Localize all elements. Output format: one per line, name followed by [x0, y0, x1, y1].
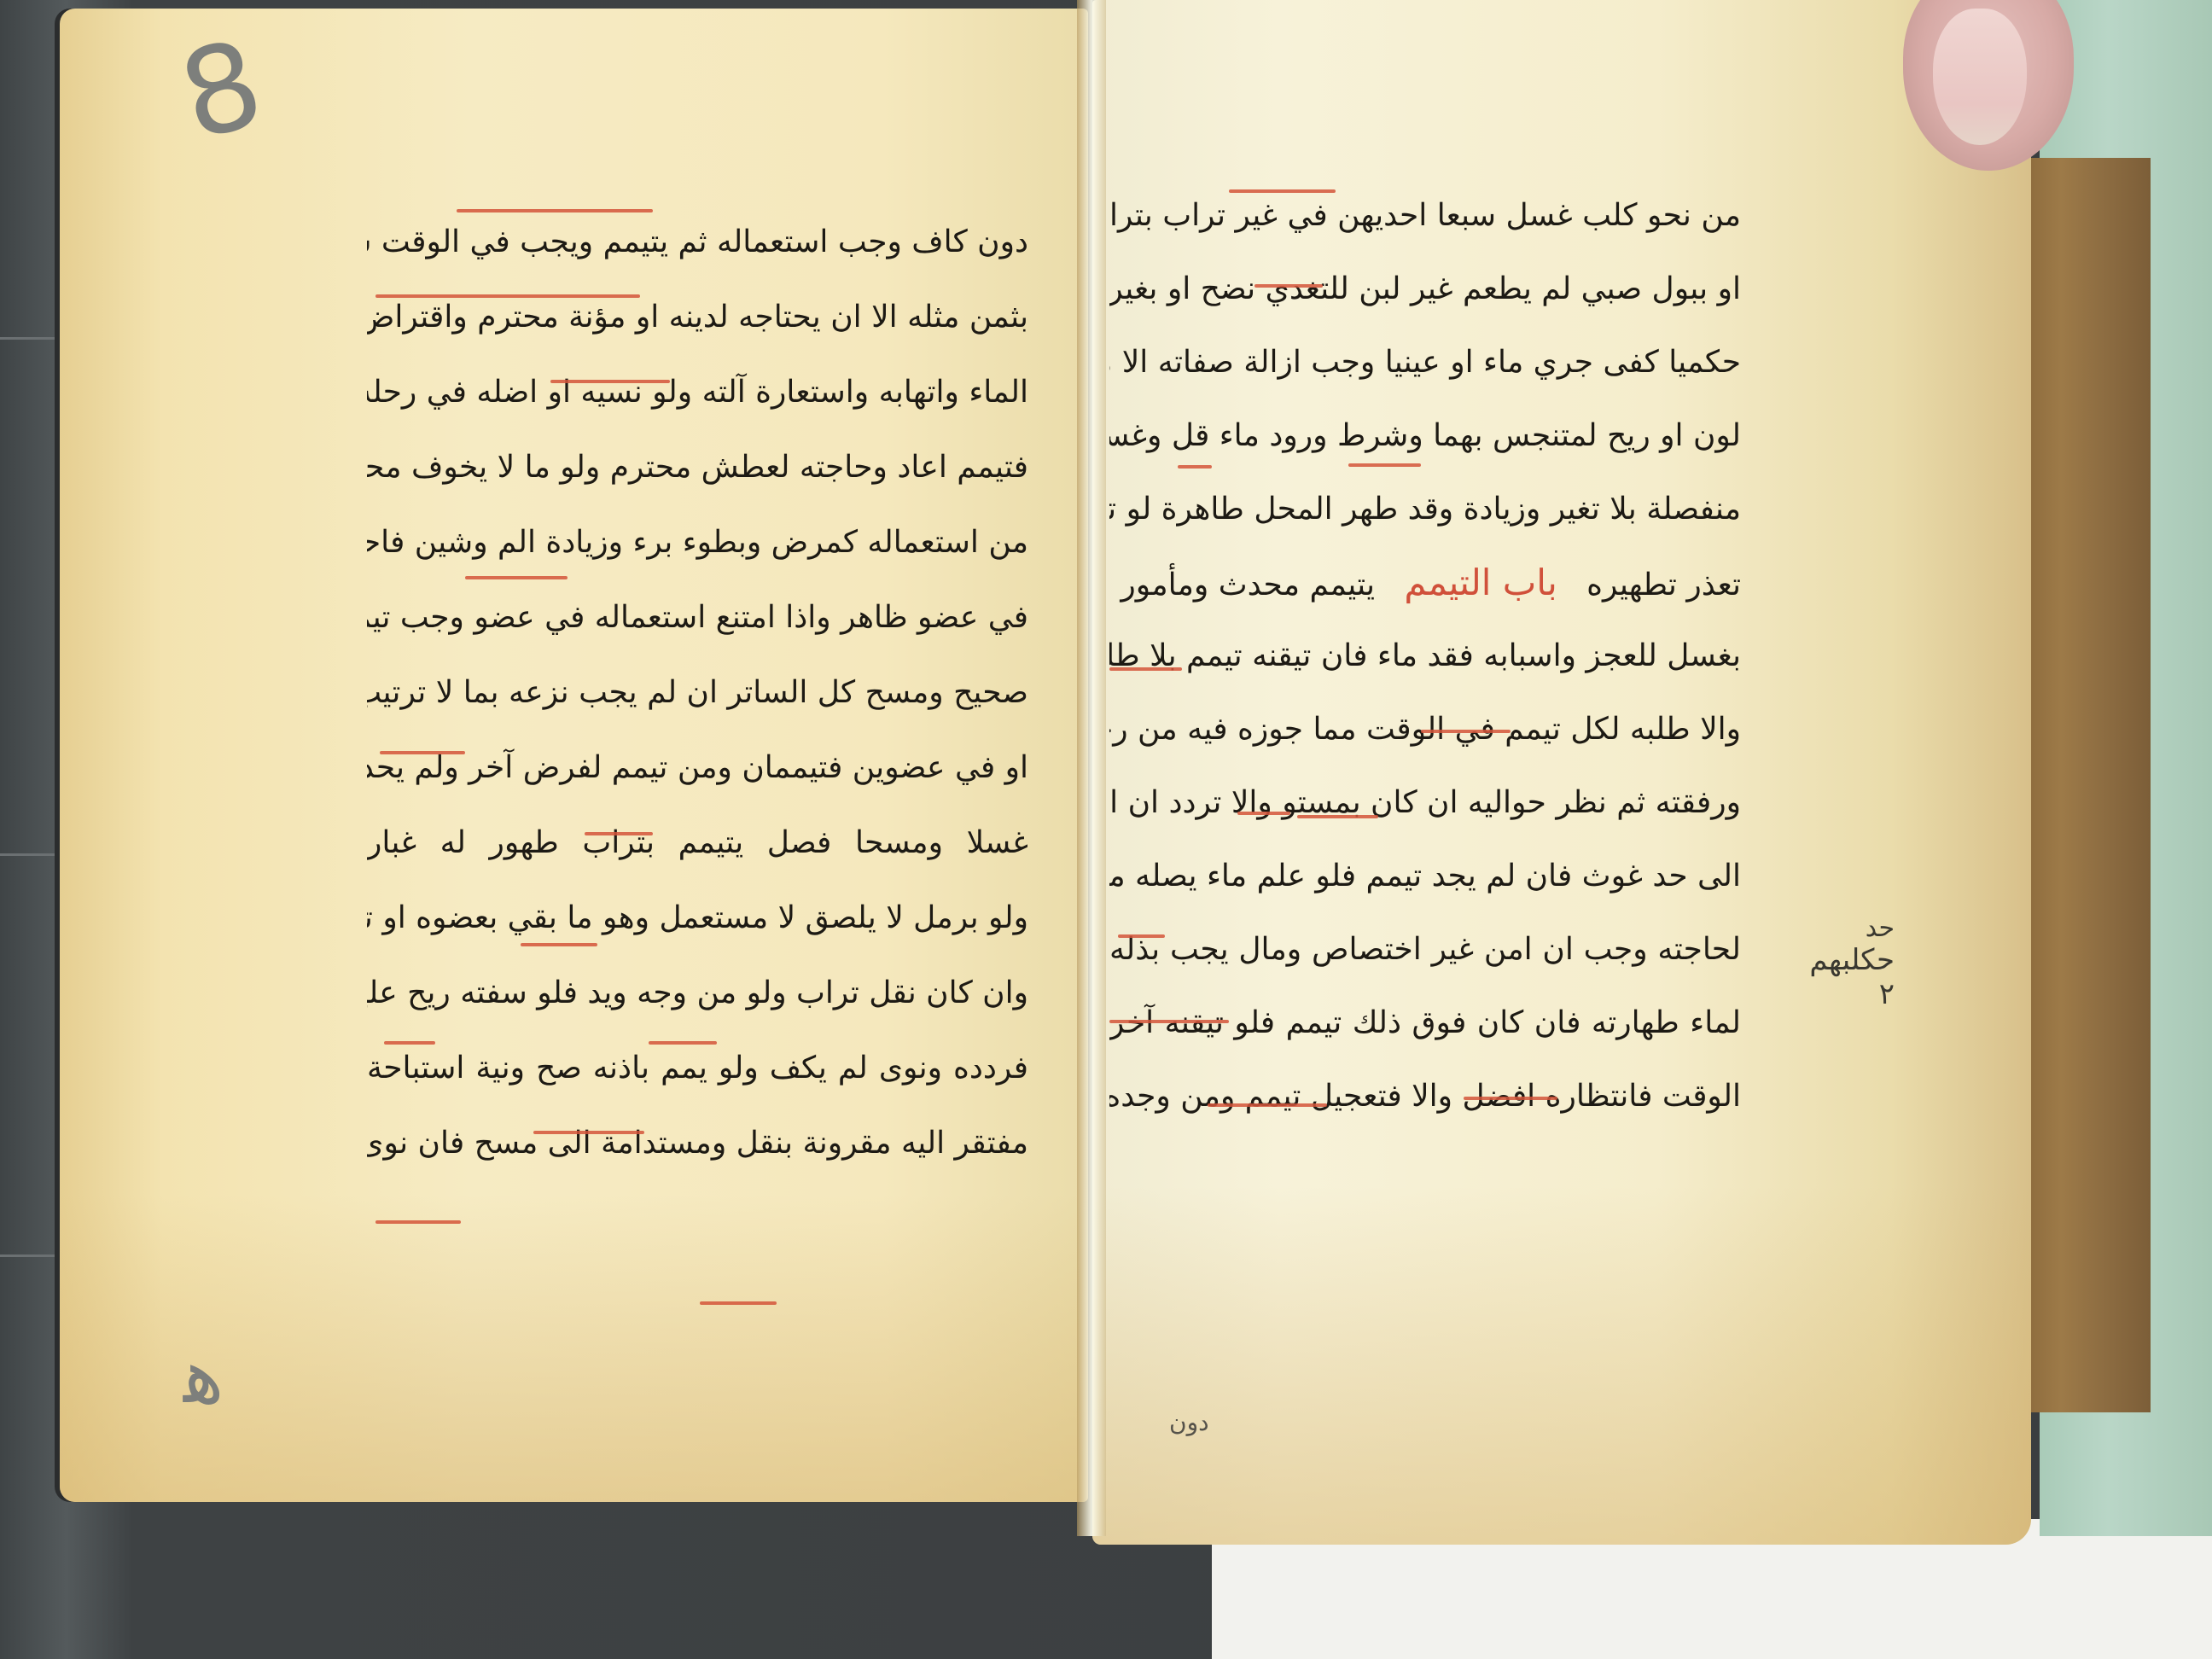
right-page-text: من نحو كلب غسل سبعا احديهن في غير تراب ب…	[1109, 179, 1741, 1133]
rubric-overline	[533, 1131, 644, 1134]
rubric-overline	[1297, 815, 1378, 818]
text-line: غسلا ومسحا فصل يتيمم بتراب طهور له غبار	[367, 806, 1028, 881]
rubric-overline	[1229, 189, 1336, 193]
pencil-mark-bottom: ﻫ	[183, 1331, 224, 1421]
rubric-overline	[1178, 465, 1212, 469]
text-line: منفصلة بلا تغير وزيادة وقد طهر المحل طاه…	[1109, 473, 1741, 546]
text-line: دون كاف وجب استعماله ثم يتيمم ويجب في ال…	[367, 205, 1028, 280]
text-segment: تعذر تطهيره	[1586, 568, 1741, 602]
rubric-overline	[1421, 730, 1511, 733]
text-line: لماء طهارته فان كان فوق ذلك تيمم فلو تيق…	[1109, 987, 1741, 1060]
text-line: في عضو ظاهر واذا امتنع استعماله في عضو و…	[367, 580, 1028, 655]
rubric-overline	[465, 576, 568, 579]
text-line: لون او ريح لمتنجس بهما وشرط ورود ماء قل …	[1109, 399, 1741, 473]
rubric-overline	[1254, 284, 1323, 288]
rubric-overline	[375, 1220, 461, 1224]
book-gutter	[1077, 0, 1106, 1536]
rubric-overline	[380, 751, 465, 754]
text-line: ورفقته ثم نظر حواليه ان كان بمستو والا ت…	[1109, 766, 1741, 840]
chapter-heading-line: تعذر تطهيره باب التيمم يتيمم محدث ومأمور	[1109, 546, 1741, 620]
rubric-overline	[700, 1301, 777, 1305]
text-line: من نحو كلب غسل سبعا احديهن في غير تراب ب…	[1109, 179, 1741, 253]
left-page-text: دون كاف وجب استعماله ثم يتيمم ويجب في ال…	[367, 205, 1028, 1181]
text-line: فتيمم اعاد وحاجته لعطش محترم ولو ما لا ي…	[367, 430, 1028, 505]
text-line: مفتقر اليه مقرونة بنقل ومستدامة الى مسح …	[367, 1106, 1028, 1181]
text-line: الماء واتهابه واستعارة آلته ولو نسيه او …	[367, 355, 1028, 430]
text-line: وان كان نقل تراب ولو من وجه ويد فلو سفته…	[367, 956, 1028, 1031]
rubric-overline	[585, 832, 653, 835]
text-line: حكميا كفى جري ماء او عينيا وجب ازالة صفا…	[1109, 326, 1741, 399]
rubric-overline	[375, 294, 640, 298]
text-line: الى حد غوث فان لم يجد تيمم فلو علم ماء ي…	[1109, 840, 1741, 913]
rubric-overline	[521, 943, 597, 946]
chapter-heading: باب التيمم	[1404, 562, 1557, 603]
text-line: او ببول صبي لم يطعم غير لبن للتغدي نضح ا…	[1109, 253, 1741, 326]
text-line: او في عضوين فتيممان ومن تيمم لفرض آخر ول…	[367, 731, 1028, 806]
rubric-overline	[1348, 463, 1421, 467]
text-line: ولو برمل لا يلصق لا مستعمل وهو ما بقي بع…	[367, 881, 1028, 956]
text-line: من استعماله كمرض وبطوء برء وزيادة الم وش…	[367, 505, 1028, 580]
marginal-note-line: حد	[1792, 913, 1895, 943]
thumbnail	[1933, 9, 2027, 145]
rubric-overline	[1237, 812, 1290, 815]
text-line: بثمن مثله الا ان يحتاجه لدينه او مؤنة مح…	[367, 280, 1028, 355]
text-segment: يتيمم محدث ومأمور	[1121, 568, 1375, 602]
marginal-note: حد حكلبهم ٢	[1792, 913, 1895, 1011]
rubric-overline	[1109, 667, 1182, 671]
marginal-note-line: حكلبهم ٢	[1792, 943, 1895, 1011]
book-cover-leather-edge	[2023, 158, 2151, 1412]
text-line: صحيح ومسح كل الساتر ان لم يجب نزعه بما ل…	[367, 655, 1028, 731]
rubric-overline	[1208, 1103, 1327, 1107]
text-line: الوقت فانتظاره افضل والا فتعجيل تيمم ومن…	[1109, 1060, 1741, 1133]
text-line: لحاجته وجب ان امن غير اختصاص ومال يجب بذ…	[1109, 913, 1741, 987]
rubric-overline	[1464, 1097, 1557, 1100]
rubric-overline	[550, 380, 670, 383]
rubric-overline	[384, 1041, 435, 1045]
catchword: دون	[1169, 1408, 1209, 1436]
rubric-overline	[1109, 1020, 1229, 1023]
rubric-overline	[457, 209, 653, 212]
rubric-overline	[649, 1041, 717, 1045]
rubric-overline	[1118, 934, 1165, 938]
text-line: بغسل للعجز واسبابه فقد ماء فان تيقنه تيم…	[1109, 620, 1741, 693]
